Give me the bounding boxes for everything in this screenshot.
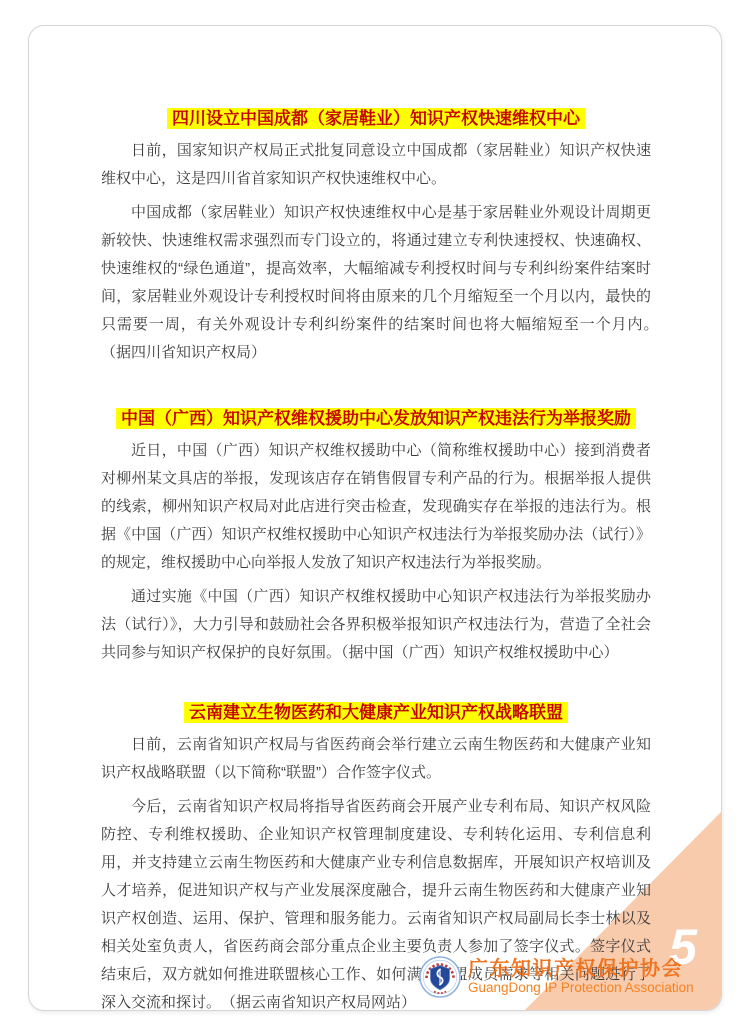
section-title-row: 四川设立中国成都（家居鞋业）知识产权快速维权中心 — [101, 103, 651, 131]
newsletter-page: 5 四川设立中国成都（家居鞋业）知识产权快速维权中心 日前，国家知识产权局正式批… — [28, 25, 722, 1011]
news-section-guangxi: 中国（广西）知识产权维权援助中心发放知识产权违法行为举报奖励 近日，中国（广西）… — [101, 403, 651, 667]
paragraph: 日前，国家知识产权局正式批复同意设立中国成都（家居鞋业）知识产权快速维权中心，这… — [101, 137, 651, 193]
section-title-row: 云南建立生物医药和大健康产业知识产权战略联盟 — [101, 697, 651, 725]
footer-org-name-cn: 广东知识产权保护协会 — [468, 958, 694, 980]
section-title: 云南建立生物医药和大健康产业知识产权战略联盟 — [184, 702, 568, 723]
news-section-sichuan: 四川设立中国成都（家居鞋业）知识产权快速维权中心 日前，国家知识产权局正式批复同… — [101, 103, 651, 367]
footer-org-name-en: GuangDong IP Protection Association — [468, 980, 694, 996]
association-badge-icon — [419, 956, 461, 998]
paragraph: 通过实施《中国（广西）知识产权维权援助中心知识产权违法行为举报奖励办法（试行）》… — [101, 583, 651, 667]
section-title: 四川设立中国成都（家居鞋业）知识产权快速维权中心 — [167, 108, 585, 129]
footer-wordmark: 广东知识产权保护协会 GuangDong IP Protection Assoc… — [468, 958, 694, 996]
paragraph: 近日，中国（广西）知识产权维权援助中心（简称维权援助中心）接到消费者对柳州某文具… — [101, 437, 651, 577]
page-content: 四川设立中国成都（家居鞋业）知识产权快速维权中心 日前，国家知识产权局正式批复同… — [101, 26, 651, 1011]
paragraph: 中国成都（家居鞋业）知识产权快速维权中心是基于家居鞋业外观设计周期更新较快、快速… — [101, 199, 651, 367]
section-title: 中国（广西）知识产权维权援助中心发放知识产权违法行为举报奖励 — [116, 408, 636, 429]
paragraph: 日前，云南省知识产权局与省医药商会举行建立云南生物医药和大健康产业知识产权战略联… — [101, 731, 651, 787]
section-title-row: 中国（广西）知识产权维权援助中心发放知识产权违法行为举报奖励 — [101, 403, 651, 431]
footer: 广东知识产权保护协会 GuangDong IP Protection Assoc… — [419, 956, 694, 998]
